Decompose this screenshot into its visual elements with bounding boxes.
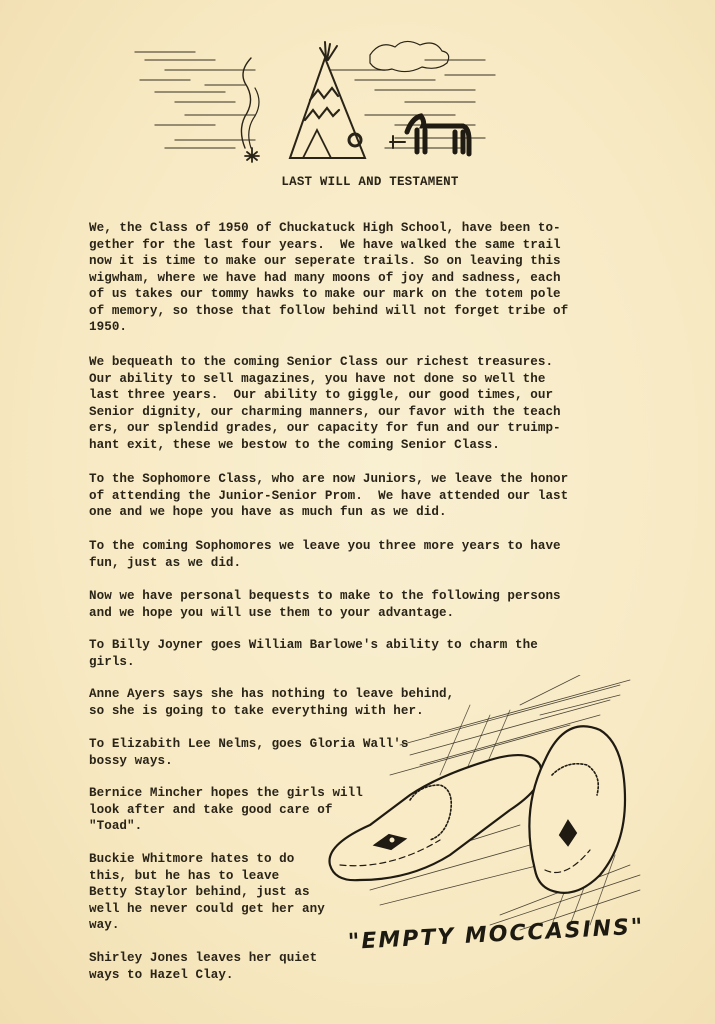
teepee-horse-illustration xyxy=(125,30,505,170)
paragraph-coming-sophomores: To the coming Sophomores we leave you th… xyxy=(89,538,561,571)
paragraph-billy-joyner: To Billy Joyner goes William Barlowe's a… xyxy=(89,637,538,670)
moccasins-illustration xyxy=(320,675,650,935)
paragraph-shirley-jones: Shirley Jones leaves her quiet ways to H… xyxy=(89,950,317,983)
paragraph-intro: We, the Class of 1950 of Chuckatuck High… xyxy=(89,220,568,336)
paragraph-buckie-whitmore: Buckie Whitmore hates to do this, but he… xyxy=(89,851,325,934)
paragraph-senior-bequest: We bequeath to the coming Senior Class o… xyxy=(89,354,561,453)
paragraph-personal-bequests: Now we have personal bequests to make to… xyxy=(89,588,561,621)
paragraph-sophomore-class: To the Sophomore Class, who are now Juni… xyxy=(89,471,568,521)
document-page: LAST WILL AND TESTAMENT We, the Class of… xyxy=(0,0,715,1024)
document-title: LAST WILL AND TESTAMENT xyxy=(0,175,715,189)
